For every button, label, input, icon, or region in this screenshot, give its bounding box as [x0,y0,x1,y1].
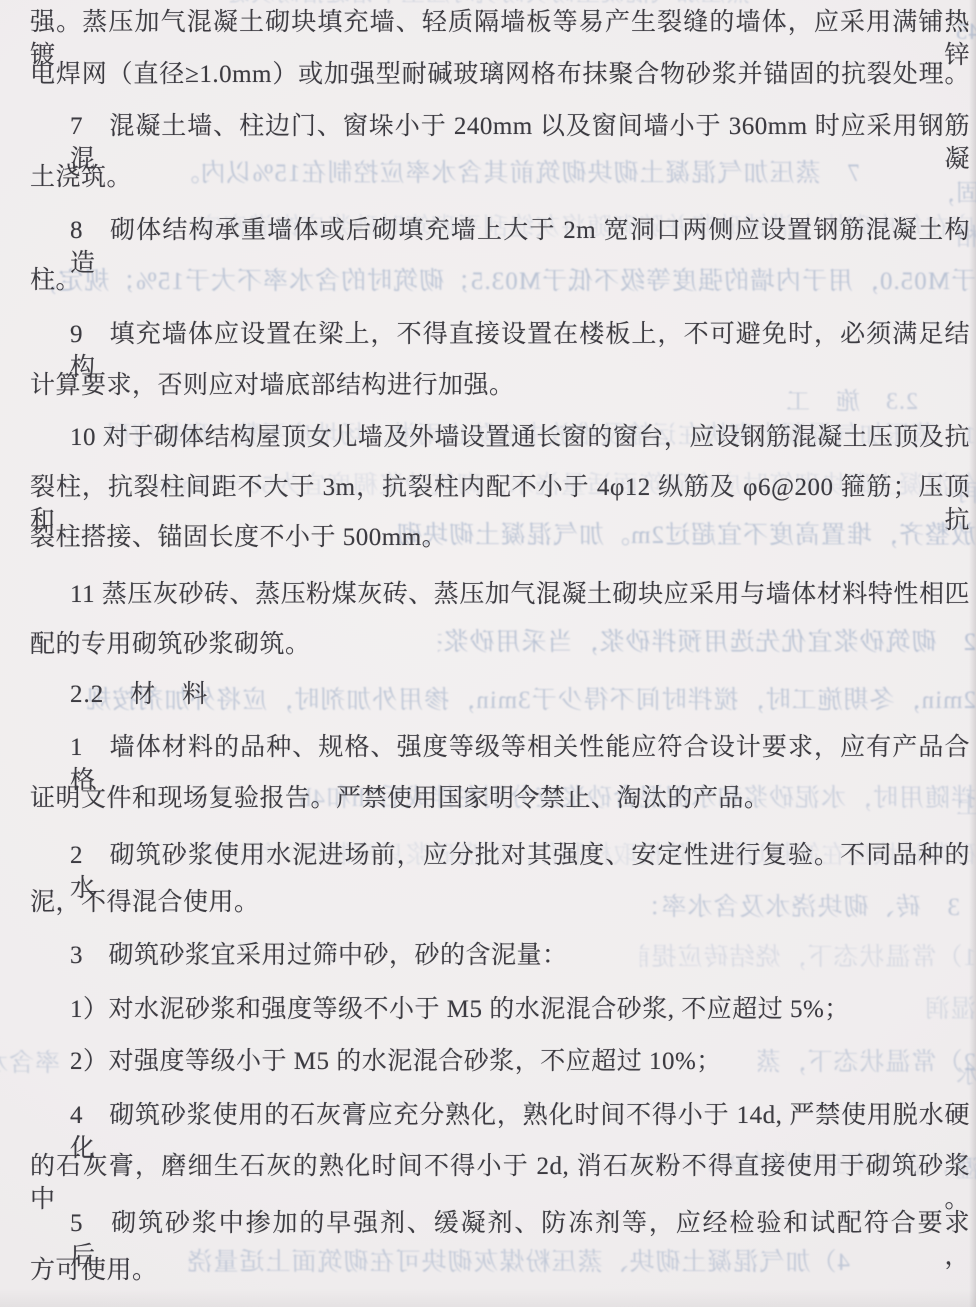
text-line: 2）对强度等级小于 M5 的水泥混合砂浆，不应超过 10%； [30,1045,970,1078]
section-heading: 2.2 材 料 [30,678,970,711]
text-line: 证明文件和现场复验报告。严禁使用国家明令禁止、淘汰的产品。 [30,782,970,815]
text-line: 计算要求，否则应对墙底部结构进行加强。 [30,369,970,402]
text-line: 柱。 [30,264,970,297]
text-line: 11 蒸压灰砂砖、蒸压粉煤灰砖、蒸压加气混凝土砌块应采用与墙体材料特性相匹 [30,578,970,611]
text-line: 电焊网（直径≥1.0mm）或加强型耐碱玻璃网格布抹聚合物砂浆并锚固的抗裂处理。 [30,58,970,91]
scanned-page: 蒸压加气混凝土砌块砌筑时应上下错缝搭砌灰缝应横平竖直457 蒸压加气混凝土砌块砌… [0,0,976,1307]
text-line: 配的专用砌筑砂浆砌筑。 [30,628,970,661]
document-text: 强。蒸压加气混凝土砌块填充墙、轻质隔墙板等易产生裂缝的墙体，应采用满铺热镀锌电焊… [0,0,976,1307]
text-line: 泥，不得混合使用。 [30,886,970,919]
text-line: 土浇筑。 [30,161,970,194]
text-line: 裂柱搭接、锚固长度不小于 500mm。 [30,521,970,554]
text-line: 1）对水泥砂浆和强度等级不小于 M5 的水泥混合砂浆, 不应超过 5%； [30,993,970,1026]
text-line: 3 砌筑砂浆宜采用过筛中砂，砂的含泥量： [30,939,970,972]
text-line: 10 对于砌体结构屋顶女儿墙及外墙设置通长窗的窗台，应设钢筋混凝土压顶及抗 [30,421,970,454]
text-line: 方可使用。 [30,1254,970,1287]
